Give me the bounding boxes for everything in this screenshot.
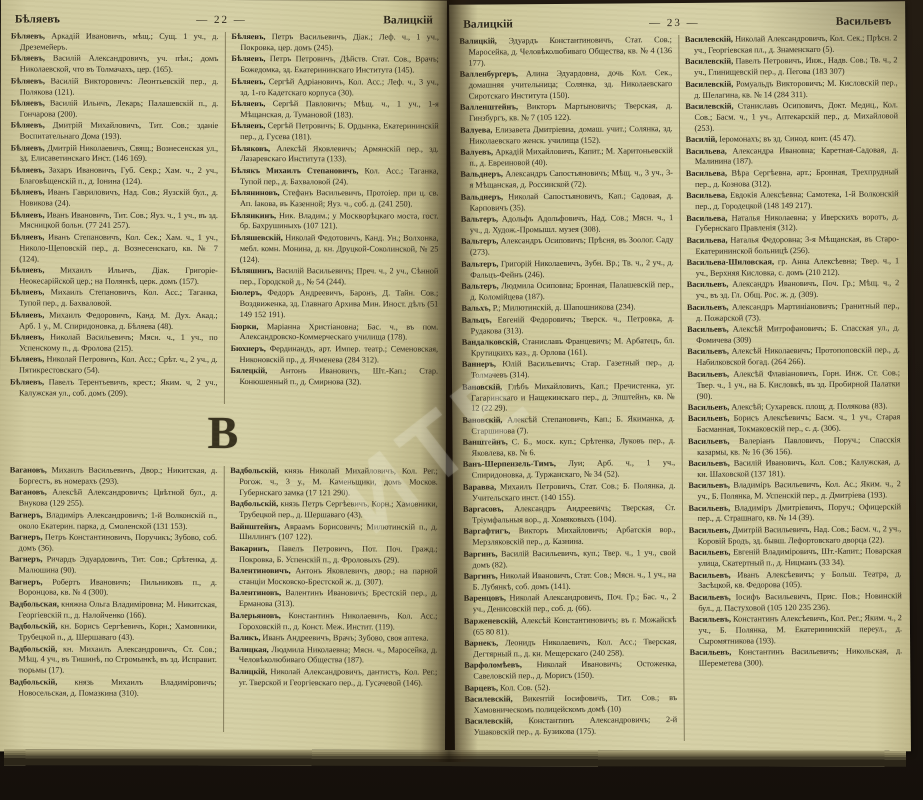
directory-entry: Васильевъ, Евгеній Владиміровичъ, Шт.-Ка… [689, 546, 902, 569]
directory-entry: Васильевъ, Алексѣй Флавіановичъ, Горн. И… [687, 368, 900, 402]
directory-entry: Вагановъ, Михаилъ Васильевичъ, Двор.; Ни… [10, 465, 218, 487]
directory-entry: Бѣляевъ, Сергѣй Петровичъ; Б. Ордынка, Е… [231, 121, 439, 143]
section-divider: В [0, 403, 446, 462]
directory-entry: Бюрки, Маріанна Христіановна; Бас. ч., в… [231, 322, 439, 344]
text-column: Валицкій, Эдуардъ Константиновичъ, Стат.… [459, 35, 677, 743]
directory-entry: Бѣлянкинъ, Ник. Владим.; у Москворѣцкаго… [231, 211, 439, 233]
right-page-columns: Валицкій, Эдуардъ Константиновичъ, Стат.… [449, 29, 911, 743]
directory-entry: Бюлеръ, Федоръ Андреевичъ, Баронъ, Д. Та… [231, 288, 439, 321]
directory-entry: Василевскій, Викентій Іосифовичъ, Тит. С… [464, 693, 677, 716]
directory-entry: Ванштейнъ, С. Б., моск. куп.; Срѣтенка, … [462, 436, 675, 459]
left-page-header: Бѣляевъ — 22 — Валицкій [1, 0, 447, 29]
directory-entry: Бѣляевъ, Петръ Петровичъ, Дѣйств. Стат. … [231, 54, 439, 76]
directory-entry: Васильева, Вѣра Сергѣевна, арт.; Бронная… [686, 167, 899, 190]
right-page: Валицкій — 23 — Васильевъ Валицкій, Эдуа… [449, 1, 911, 755]
directory-entry: Бѣляевъ, Василій Александровичъ, уч. пѣн… [11, 54, 219, 76]
directory-entry: Вановскій, Алексѣй Степановичъ, Кап.; Б.… [462, 414, 675, 437]
directory-entry: Василевскій, Николай Александровичъ, Кол… [685, 33, 898, 56]
directory-entry: Василевскій, Павелъ Петровичъ, Инж., Над… [685, 56, 898, 79]
directory-entry: Вадбольскій, кн. Борисъ Сергѣевичъ, Корн… [9, 622, 217, 644]
directory-entry: Вагановъ, Алексѣй Александровичъ; Цвѣтно… [10, 488, 218, 510]
directory-entry: Вальтеръ, Григорій Николаевичъ, Зубн. Вр… [461, 258, 674, 281]
page-number: — 23 — [649, 17, 700, 29]
directory-entry: Василевскій, Станиславъ Осиповичъ, Докт.… [685, 100, 898, 134]
directory-entry: Валуевъ, Аркадій Михайловичъ, Капит.; М.… [460, 146, 673, 169]
left-page-top-block: Бѣляевъ, Аркадій Ивановичъ, мѣщ.; Сущ. 1… [0, 27, 447, 404]
directory-entry: Васильевъ, Іосифъ Васильевичъ, Прис. Пов… [689, 591, 902, 614]
directory-entry: Бѣляковъ, Алексѣй Яковлевичъ; Армянскій … [231, 144, 439, 166]
text-column: Бѣляевъ, Петръ Васильевичъ, Діак.; Леф. … [223, 32, 438, 405]
directory-entry: Васильева, Наталья Николаевна; у Иверски… [686, 212, 899, 235]
directory-entry: Валицкая, Людмила Николаевна; Мясн. ч., … [230, 645, 438, 667]
directory-entry: Вагнеръ, Робертъ Ивановичъ; Пильниковъ п… [9, 577, 217, 599]
directory-entry: Вадбольская, княжна Ольга Владиміровна; … [9, 599, 217, 621]
directory-entry: Ванъ-Шерпензель-Тимъ, Луи; Арб. ч., 1 уч… [463, 458, 676, 481]
directory-entry: Валикъ, Иванъ Андреевичъ, Врачъ; Зубово,… [230, 633, 438, 644]
directory-entry: Валерьяновъ, Константинъ Николаевичъ, Ко… [230, 611, 438, 633]
directory-entry: Васильева-Шиловская, гр. Анна Алексѣевна… [687, 256, 900, 279]
directory-entry: Вальцъ, Евгеній Федоровичъ; Тверск. ч., … [462, 314, 675, 337]
directory-entry: Вадбольскій, князь Петръ Сергѣевичъ, Кор… [230, 499, 438, 521]
directory-entry: Бѣляевъ, Захаръ Ивановичъ, Губ. Секр.; Х… [10, 165, 218, 187]
directory-entry: Васильевъ, Александръ Ивановичъ, Поч. Гр… [687, 279, 900, 302]
page-edge-stack [4, 749, 906, 767]
directory-entry: Бялецкій, Антонъ Ивановичъ, Шт.-Кап.; Ст… [230, 366, 438, 388]
directory-entry: Варгафтигъ, Викторъ Михайловичъ; Арбатск… [463, 525, 676, 548]
scanned-directory-photo: { "watermark": "ИТЕ", "colors": { "page"… [0, 0, 923, 800]
directory-entry: Васильевъ, Борисъ Алексѣевичъ; Басм. ч.,… [688, 413, 901, 436]
directory-entry: Васильевъ, Владиміръ Дмитріевичъ, Поруч.… [688, 502, 901, 525]
text-column: Вагановъ, Михаилъ Васильевичъ, Двор.; Ни… [9, 465, 217, 732]
left-page-bottom-block: Вагановъ, Михаилъ Васильевичъ, Двор.; Ни… [0, 461, 446, 732]
directory-entry: Бѣляевъ, Михаилъ Степановичъ, Кол. Асс.;… [10, 288, 218, 310]
directory-entry: Вадбольскій, князь Николай Михайловичъ, … [230, 466, 438, 499]
directory-entry: Бѣляевъ, Николай Васильевичъ; Мясн. ч., … [10, 332, 218, 354]
directory-entry: Вальтеръ, Александръ Осиповичъ; Прѣсня, … [461, 235, 674, 258]
section-letter: В [207, 410, 238, 456]
directory-entry: Бѣляшевскій, Николай Федотовичъ, Канд. У… [231, 233, 439, 266]
directory-entry: Валентиновъ, Валентинъ Ивановичъ; Брестс… [230, 588, 438, 610]
directory-entry: Варавва, Михаилъ Петровичъ, Стат. Сов.; … [463, 481, 676, 504]
page-number: — 22 — [196, 14, 247, 26]
running-title-left: Бѣляевъ [15, 13, 60, 25]
directory-entry: Валленбургеръ, Алина Эдуардовна, дочь Ко… [460, 68, 673, 102]
directory-entry: Бѣляшинъ, Василій Васильевичъ; Преч. ч.,… [231, 266, 439, 288]
directory-entry: Вагнеръ, Петръ Константиновичъ, Поручикъ… [10, 532, 218, 554]
directory-entry: Вакаринъ, Павелъ Петровичъ, Пот. Поч. Гр… [230, 544, 438, 566]
directory-entry: Бѣляевъ, Михаилъ Федоровичъ, Канд. М. Ду… [10, 310, 218, 332]
directory-entry: Вальднеръ, Александръ Сапостьяновичъ; Мѣ… [460, 168, 673, 191]
directory-entry: Васильевъ, Константинъ Васильевичъ; Нико… [690, 647, 903, 670]
directory-entry: Бѣляевъ, Петръ Васильевичъ, Діак.; Леф. … [231, 32, 439, 54]
directory-entry: Василевскій, Ромуальдъ Викторовичъ; М. К… [685, 78, 898, 101]
directory-entry: Васильевъ, Дмитрій Васильевичъ, Над. Сов… [689, 524, 902, 547]
directory-entry: Валентиновичъ, Антонъ Яковлевичъ, двор.;… [230, 566, 438, 588]
directory-entry: Васильевъ, Константинъ Алексѣевичъ, Кол.… [689, 613, 902, 647]
directory-entry: Васильевъ, Иванъ Алексѣевичъ; у Больш. Т… [689, 569, 902, 592]
directory-entry: Васильевъ, Александръ Мартиніановичъ; Гр… [687, 301, 900, 324]
directory-entry: Бѣляевъ, Иванъ Гавриловичъ, Над. Сов.; Я… [10, 188, 218, 210]
directory-entry: Вадбольскій, князь Михаилъ Владиміровичъ… [9, 677, 217, 699]
left-page: Бѣляевъ — 22 — Валицкій Бѣляевъ, Аркадій… [0, 0, 447, 753]
directory-entry: Вальтеръ, Людмила Осиповна; Бронная, Пал… [461, 280, 674, 303]
directory-entry: Валленштейнъ, Викторъ Мартыновичъ; Тверс… [460, 101, 673, 124]
directory-entry: Васильевъ, Владиміръ Васильевичъ, Кол. А… [688, 480, 901, 503]
directory-entry: Бѣлякъ Михаилъ Степановичъ, Кол. Асс.; Т… [231, 166, 439, 188]
directory-entry: Васильевъ, Алексѣй Николаевичъ; Протопоп… [687, 346, 900, 369]
directory-entry: Бюхнеръ, Фердинандъ, арт. Импер. театр.;… [231, 344, 439, 366]
directory-entry: Бѣляевъ, Михаилъ Ильичъ, Діак. Григоріе-… [10, 265, 218, 287]
directory-entry: Бѣляевъ, Павелъ Терентьевичъ, крест.; Як… [10, 377, 218, 399]
running-title-right: Васильевъ [836, 15, 892, 27]
directory-entry: Васильевъ, Алексѣй Митрофановичъ; Б. Спа… [687, 323, 900, 346]
directory-entry: Ваннеръ, Юлій Васильевичъ; Стар. Газетны… [462, 358, 675, 381]
right-page-header: Валицкій — 23 — Васильевъ [449, 1, 905, 33]
directory-entry: Варгинъ, Василій Васильевичъ, куп.; Твер… [463, 548, 676, 571]
directory-entry: Валицкій, Эдуардъ Константиновичъ, Стат.… [459, 35, 672, 69]
directory-entry: Бѣляевъ, Иванъ Степановичъ, Кол. Сек.; Х… [10, 232, 218, 265]
directory-entry: Бѣляевъ, Дмитрій Михайловичъ, Тит. Сов.;… [11, 121, 219, 143]
directory-entry: Валуева, Елизавета Дмитріевна, домаш. уч… [460, 124, 673, 147]
directory-entry: Васильевъ, Василій Ивановичъ, Кол. Сов.;… [688, 457, 901, 480]
directory-entry: Вагнеръ, Владиміръ Александровичъ; 1-й В… [10, 510, 218, 532]
directory-entry: Варенцовъ, Николай Александровичъ, Поч. … [464, 592, 677, 615]
directory-entry: Варфоломѣевъ, Николай Ивановичъ; Остожен… [464, 659, 677, 682]
text-column: Вадбольскій, князь Николай Михайловичъ, … [223, 466, 438, 733]
directory-entry: Вандалковскій, Станиславъ Францевичъ; М.… [462, 336, 675, 359]
directory-entry: Бѣляевъ, Дмитрій Николаевичъ, Свящ.; Воз… [11, 143, 219, 165]
directory-entry: Вальтеръ, Адольфъ Адольфовичъ, Над. Сов.… [461, 213, 674, 236]
directory-entry: Вагнеръ, Ричардъ Эдуардовичъ, Тит. Сов.;… [9, 555, 217, 577]
text-column: Василевскій, Николай Александровичъ, Кол… [678, 33, 903, 741]
directory-entry: Вальднеръ, Николай Сапостьяновичъ, Кап.;… [461, 191, 674, 214]
directory-entry: Бѣляевъ, Василій Викторовичъ: Леонтьевск… [11, 76, 219, 98]
directory-entry: Варгасовъ, Александръ Андреевичъ; Тверск… [463, 503, 676, 526]
directory-entry: Варженевскій, Алексѣй Константиновичъ; в… [464, 615, 677, 638]
directory-entry: Василевскій, Константинъ Александровичъ;… [465, 715, 678, 738]
directory-entry: Варгинъ, Николай Ивановичъ, Стат. Сов.; … [464, 570, 677, 593]
directory-entry: Васильева, Александра Ивановна; Каретная… [686, 145, 899, 168]
directory-entry: Бѣляевъ, Василій Ильичъ, Лекарь; Палашев… [11, 98, 219, 120]
directory-entry: Бѣляевъ, Аркадій Ивановичъ, мѣщ.; Сущ. 1… [11, 31, 219, 53]
directory-entry: Бѣляевъ, Сергѣй Адріановичъ, Кол. Асс.; … [231, 77, 439, 99]
directory-entry: Вадбольскій, кн. Михаилъ Александровичъ,… [9, 644, 217, 677]
directory-entry: Васильева, Евдокія Алексѣевна; Самотека,… [686, 189, 899, 212]
directory-entry: Васильевъ, Валеріанъ Павловичъ, Поруч.; … [688, 435, 901, 458]
directory-entry: Бѣляевъ, Николай Петровичъ, Кол. Асс.; С… [10, 355, 218, 377]
directory-entry: Васильева, Наталья Федоровна; 3-я Мѣщанс… [686, 234, 899, 257]
directory-entry: Бѣляевъ, Сергѣй Павловичъ; Мѣщ. ч., 1 уч… [231, 99, 439, 121]
directory-entry: Вановскій, Глѣбъ Михайловичъ, Кап.; Преч… [462, 381, 675, 415]
directory-entry: Валицкій, Николай Александровичъ, дантис… [230, 667, 438, 689]
directory-entry: Вайнштейнъ, Авраамъ Борисовичъ; Милютинс… [230, 522, 438, 544]
directory-entry: Бѣляевъ, Иванъ Ивановичъ, Тит. Сов.; Яуз… [10, 210, 218, 232]
directory-entry: Варнекъ, Леонидъ Николаевичъ, Кол. Асс.;… [464, 637, 677, 660]
running-title-right: Валицкій [383, 14, 433, 26]
directory-entry: Бѣляниновъ, Стефанъ Васильевичъ, Протоіе… [231, 188, 439, 210]
running-title-left: Валицкій [463, 18, 513, 30]
text-column: Бѣляевъ, Аркадій Ивановичъ, мѣщ.; Сущ. 1… [10, 31, 218, 404]
